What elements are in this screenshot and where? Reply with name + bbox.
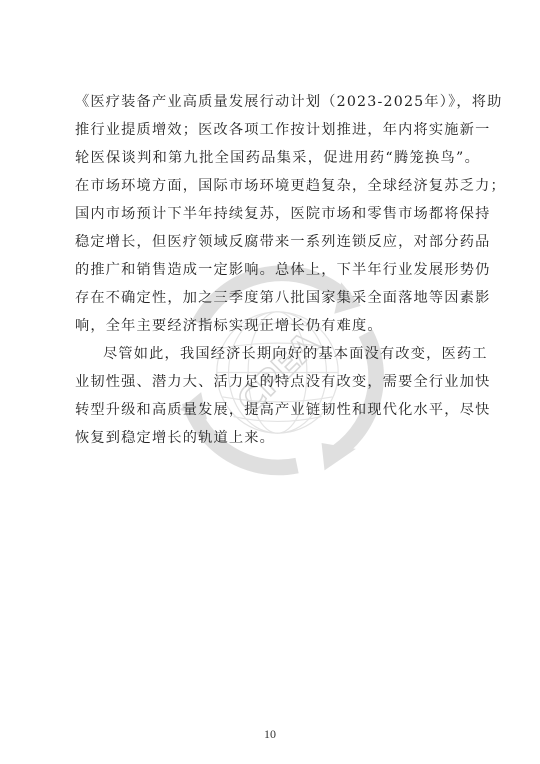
text-line: 存在不确定性，加之三季度第八批国家集采全面落地等因素影 [75,284,480,312]
body-text: 《医疗装备产业高质量发展行动计划（2023-2025年）》，将助 推行业提质增效… [75,88,480,452]
text-line: 在市场环境方面，国际市场环境更趋复杂，全球经济复苏乏力； [75,172,480,200]
text-line: 响，全年主要经济指标实现正增长仍有难度。 [75,312,480,340]
text-line: 恢复到稳定增长的轨道上来。 [75,424,480,452]
text-line: 稳定增长，但医疗领域反腐带来一系列连锁反应，对部分药品 [75,228,480,256]
text-line: 轮医保谈判和第九批全国药品集采，促进用药“腾笼换鸟”。 [75,144,480,172]
page-number: 10 [0,727,540,742]
text-line: 推行业提质增效；医改各项工作按计划推进，年内将实施新一 [75,116,480,144]
paragraph-1: 《医疗装备产业高质量发展行动计划（2023-2025年）》，将助 推行业提质增效… [75,88,480,340]
text-line: 尽管如此，我国经济长期向好的基本面没有改变，医药工 [75,340,480,368]
document-page: CPEA 《医疗装备产业高质量发展行动计划（2023-2025年）》，将助 推行… [0,0,540,764]
text-line: 《医疗装备产业高质量发展行动计划（2023-2025年）》，将助 [75,88,480,116]
text-line: 的推广和销售造成一定影响。总体上，下半年行业发展形势仍 [75,256,480,284]
text-line: 国内市场预计下半年持续复苏，医院市场和零售市场都将保持 [75,200,480,228]
text-line: 转型升级和高质量发展，提高产业链韧性和现代化水平，尽快 [75,396,480,424]
text-line: 业韧性强、潜力大、活力足的特点没有改变，需要全行业加快 [75,368,480,396]
paragraph-2: 尽管如此，我国经济长期向好的基本面没有改变，医药工 业韧性强、潜力大、活力足的特… [75,340,480,452]
